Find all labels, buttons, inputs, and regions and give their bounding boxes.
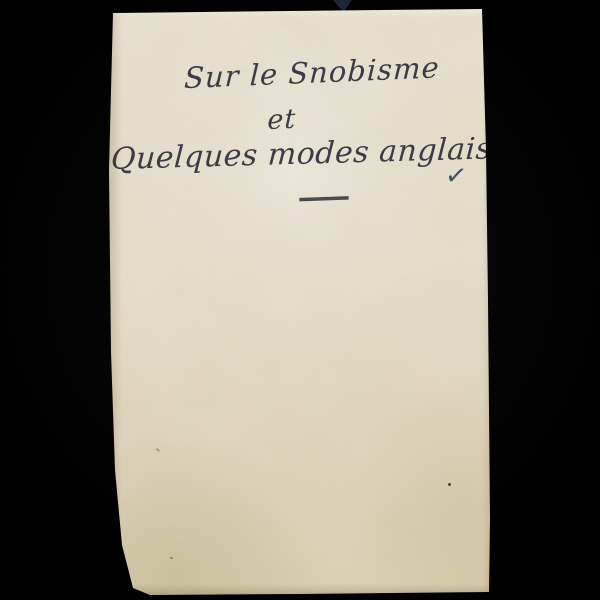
handwritten-line-2: et bbox=[267, 103, 297, 136]
paper-speck bbox=[448, 483, 451, 486]
handwritten-check-mark: ✓ bbox=[443, 160, 468, 192]
top-notch bbox=[333, 0, 352, 12]
manuscript-paper: Sur le Snobisme et Quelques modes anglai… bbox=[106, 8, 494, 598]
paper-edge-shading bbox=[106, 8, 494, 598]
paper-edge-highlight bbox=[487, 515, 491, 595]
photo-backdrop: Sur le Snobisme et Quelques modes anglai… bbox=[0, 0, 600, 600]
handwritten-dash: — bbox=[296, 169, 352, 221]
paper-speck bbox=[170, 557, 173, 559]
